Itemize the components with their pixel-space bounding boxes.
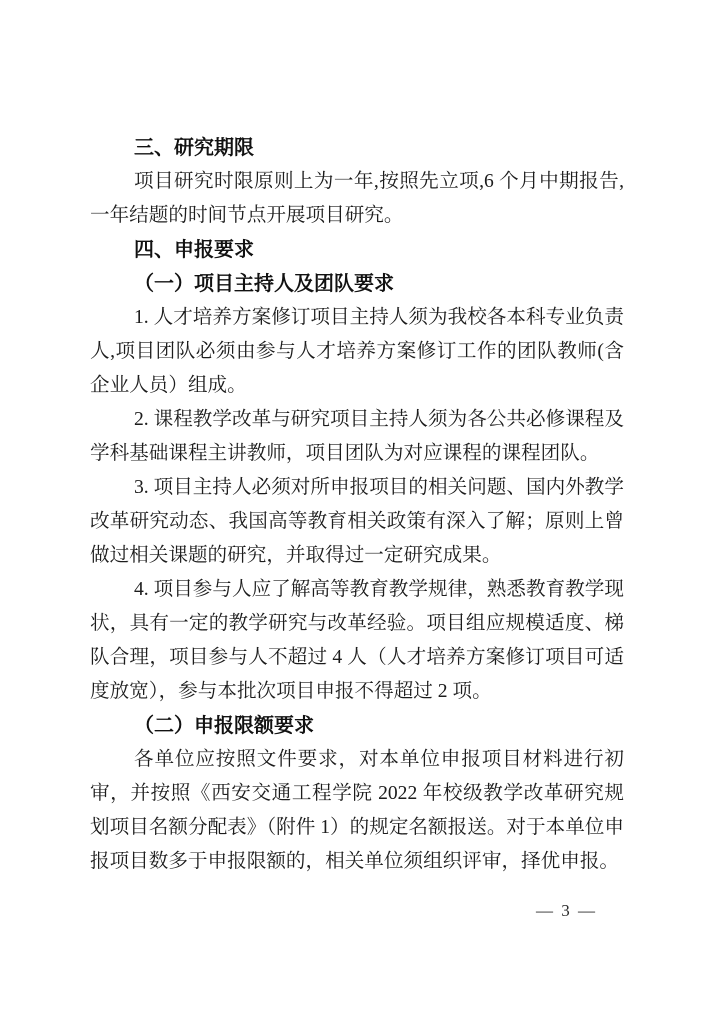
document-body: 三、研究期限 项目研究时限原则上为一年,按照先立项,6 个月中期报告,一年结题的… [90,131,624,879]
paragraph-item-1: 1. 人才培养方案修订项目主持人须为我校各本科专业负责人,项目团队必须由参与人才… [90,301,624,403]
section-heading-research-period: 三、研究期限 [90,131,624,165]
section-heading-application-requirements: 四、申报要求 [90,233,624,267]
paragraph-quota: 各单位应按照文件要求，对本单位申报项目材料进行初审，并按照《西安交通工程学院 2… [90,743,624,879]
subsection-heading-leader-team-requirements: （一）项目主持人及团队要求 [90,267,624,301]
paragraph-item-2: 2. 课程教学改革与研究项目主持人须为各公共必修课程及学科基础课程主讲教师，项目… [90,403,624,471]
paragraph-item-4: 4. 项目参与人应了解高等教育教学规律，熟悉教育教学现状，具有一定的教学研究与改… [90,573,624,709]
document-page: 三、研究期限 项目研究时限原则上为一年,按照先立项,6 个月中期报告,一年结题的… [0,0,720,1018]
subsection-heading-quota-requirements: （二）申报限额要求 [90,709,624,743]
paragraph-research-period: 项目研究时限原则上为一年,按照先立项,6 个月中期报告,一年结题的时间节点开展项… [90,165,624,233]
paragraph-item-3: 3. 项目主持人必须对所申报项目的相关问题、国内外教学改革研究动态、我国高等教育… [90,471,624,573]
page-number: — 3 — [536,901,597,921]
